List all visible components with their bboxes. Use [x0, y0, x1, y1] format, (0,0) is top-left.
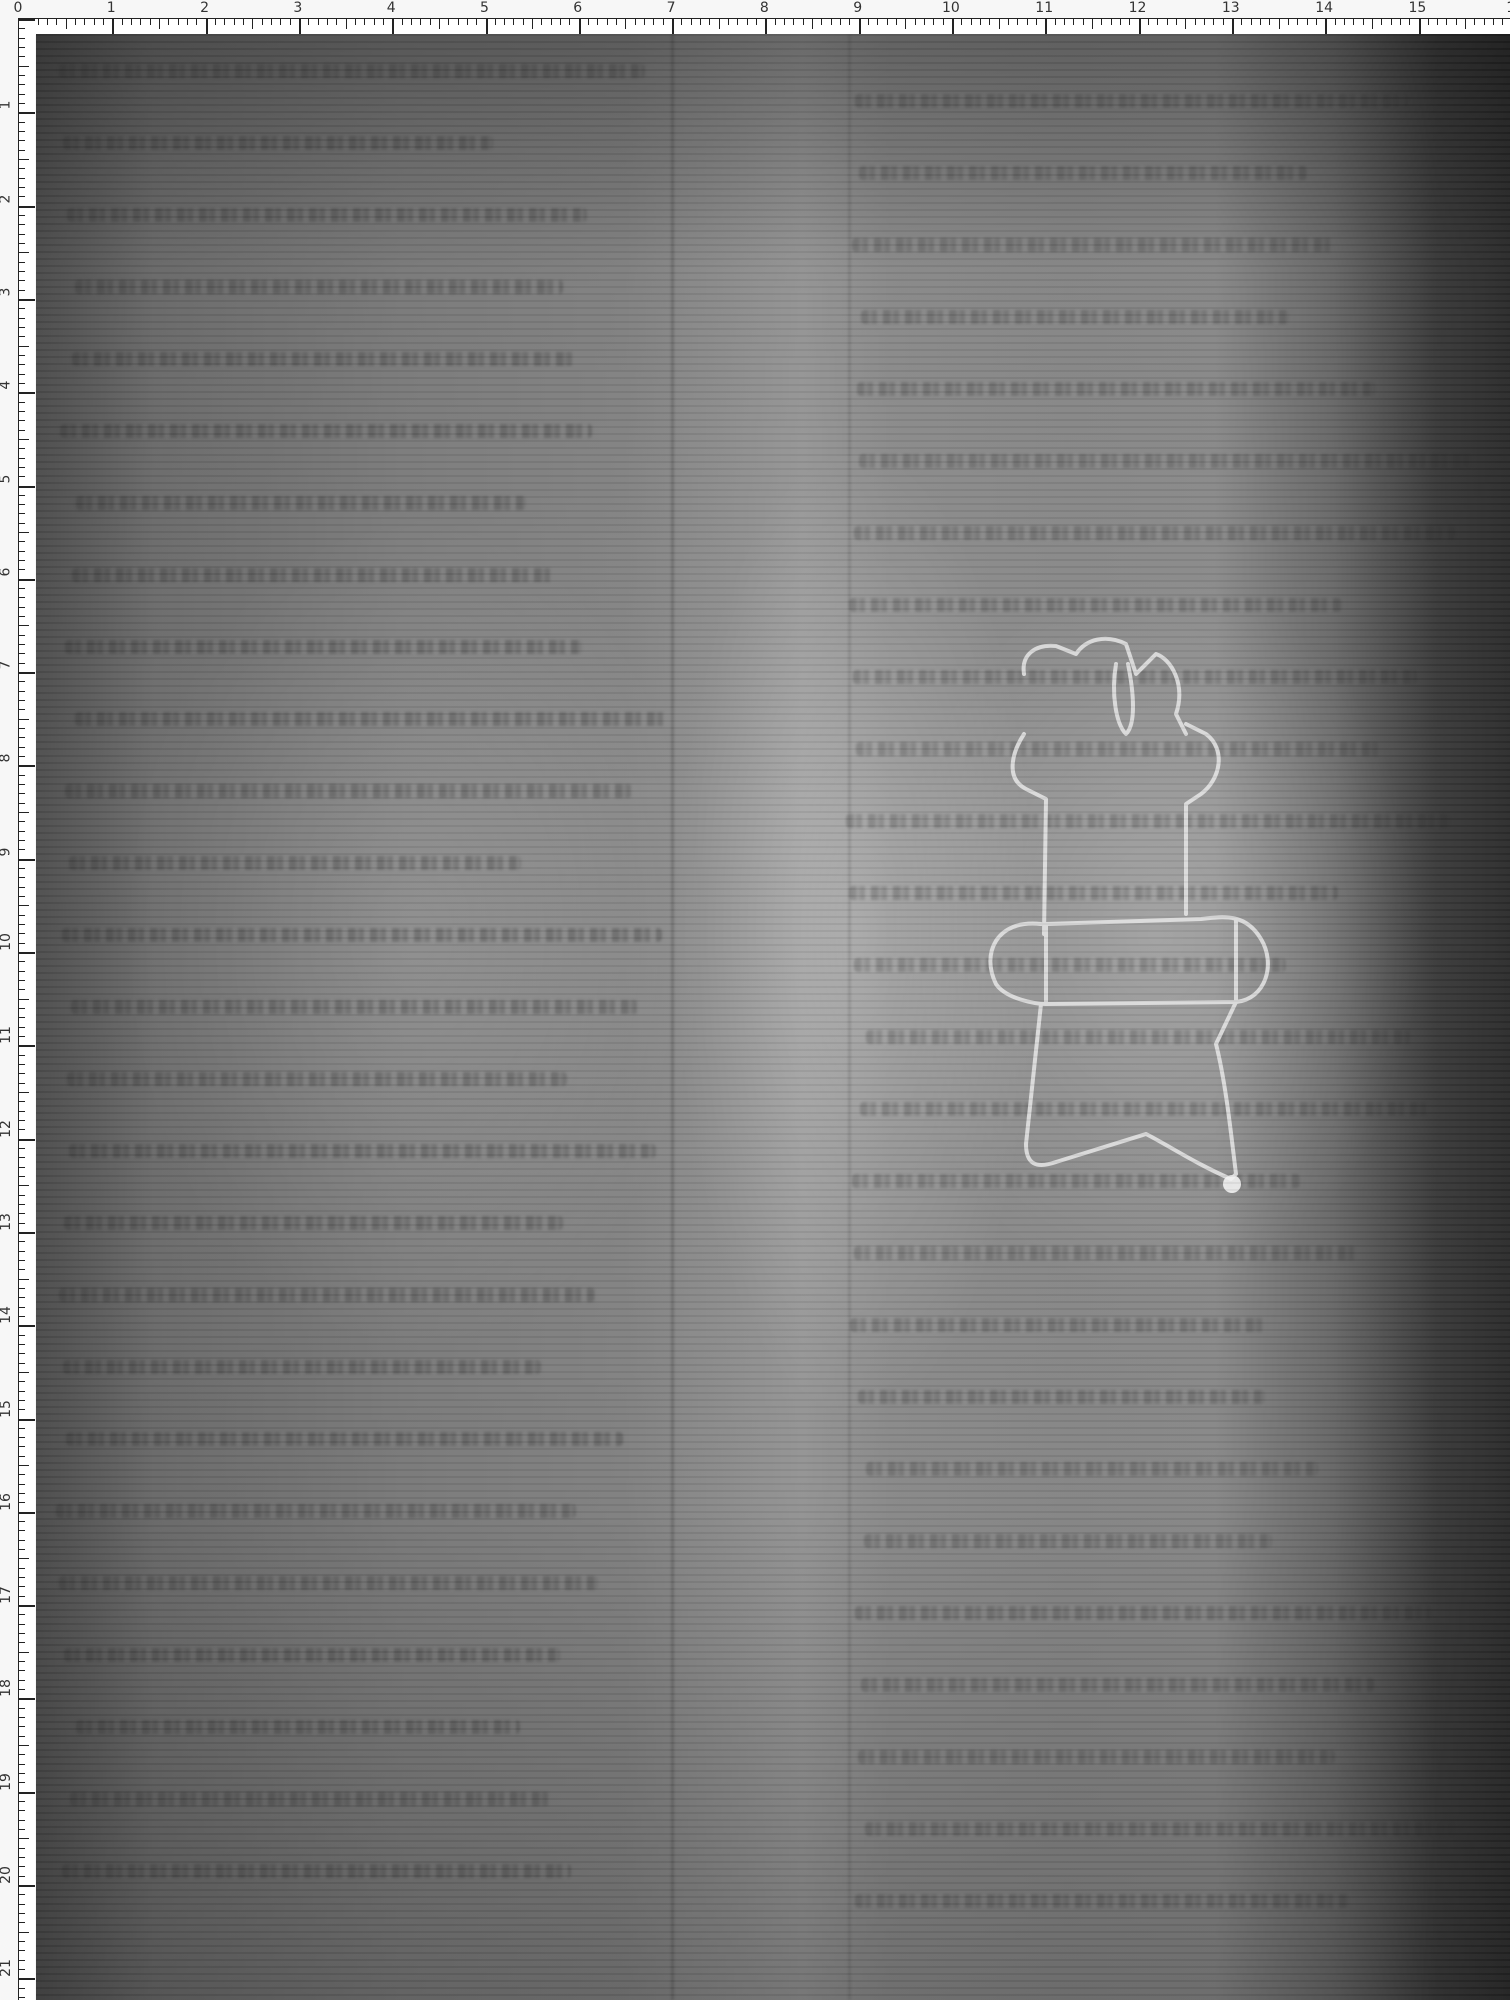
manuscript-text-line: [859, 454, 1475, 468]
ruler-tick: [19, 308, 25, 309]
ruler-tick: [19, 504, 25, 505]
manuscript-text-line: [852, 1174, 1300, 1188]
ruler-tick: [19, 280, 25, 281]
manuscript-text-line: [75, 280, 562, 294]
ruler-tick: [877, 19, 878, 25]
ruler-tick: [19, 933, 25, 934]
ruler-tick: [560, 19, 561, 25]
ruler-tick: [1419, 19, 1421, 35]
ruler-tick: [597, 19, 598, 25]
ruler-tick: [19, 430, 25, 431]
ruler-tick: [19, 1997, 25, 1998]
ruler-tick: [19, 1521, 25, 1522]
ruler-tick: [19, 1456, 25, 1457]
manuscript-text-line: [856, 742, 1379, 756]
manuscript-text-line: [64, 1648, 559, 1662]
manuscript-text-line: [63, 1360, 541, 1374]
ruler-tick: [19, 364, 25, 365]
ruler-tick: [327, 19, 328, 25]
ruler-tick: [290, 19, 291, 25]
manuscript-text-line: [56, 1504, 576, 1518]
ruler-tick: [1232, 19, 1234, 35]
ruler-tick: [19, 681, 25, 682]
ruler-tick: [737, 19, 738, 25]
ruler-tick: [19, 112, 35, 114]
ruler-tick: [19, 131, 25, 132]
ruler-tick: [19, 588, 25, 589]
ruler-tick: [224, 19, 225, 25]
ruler-left-label: 1: [0, 101, 12, 110]
ruler-tick: [19, 47, 25, 48]
ruler-tick: [1353, 19, 1354, 25]
ruler-tick: [131, 19, 132, 25]
manuscript-text-line: [62, 1864, 571, 1878]
ruler-tick: [532, 19, 533, 29]
manuscript-text-line: [852, 238, 1332, 252]
ruler-tick: [19, 1652, 29, 1653]
ruler-tick: [952, 19, 954, 35]
ruler-tick: [1428, 19, 1429, 25]
ruler-tick: [1446, 19, 1447, 25]
ruler-tick: [19, 728, 25, 729]
manuscript-text-line: [855, 1606, 1430, 1620]
ruler-left: [18, 18, 35, 2000]
manuscript-text-line: [850, 1318, 1264, 1332]
ruler-tick: [19, 262, 25, 263]
ruler-tick: [19, 1288, 25, 1289]
ruler-tick: [486, 19, 488, 35]
manuscript-text-line: [859, 166, 1308, 180]
ruler-tick: [19, 420, 25, 421]
ruler-tick: [19, 1624, 25, 1625]
ruler-tick: [19, 1083, 25, 1084]
ruler-tick: [19, 103, 25, 104]
left-page-column-rule: [671, 34, 674, 2000]
ruler-tick: [1213, 19, 1214, 25]
ruler-tick: [1297, 19, 1298, 25]
ruler-tick: [19, 1605, 35, 1607]
ruler-tick: [271, 19, 272, 25]
ruler-tick: [19, 1391, 25, 1392]
ruler-tick: [1120, 19, 1121, 25]
ruler-tick: [19, 719, 29, 720]
ruler-tick: [803, 19, 804, 25]
ruler-tick: [19, 1717, 25, 1718]
ruler-tick: [19, 224, 25, 225]
ruler-tick: [896, 19, 897, 25]
ruler-tick: [19, 1614, 25, 1615]
ruler-tick: [19, 1745, 29, 1746]
ruler-tick: [19, 1633, 25, 1634]
manuscript-text-line: [849, 886, 1338, 900]
ruler-tick: [19, 122, 25, 123]
ruler-tick: [19, 383, 25, 384]
ruler-tick: [448, 19, 449, 25]
ruler-tick: [19, 392, 35, 394]
ruler-tick: [19, 1913, 25, 1914]
ruler-tick: [374, 19, 375, 25]
ruler-tick: [19, 1689, 25, 1690]
ruler-tick: [523, 19, 524, 25]
manuscript-text-line: [854, 526, 1455, 540]
ruler-tick: [849, 19, 850, 25]
ruler-tick: [19, 784, 25, 785]
manuscript-text-line: [65, 784, 633, 798]
ruler-tick: [19, 1792, 35, 1794]
ruler-tick: [569, 19, 570, 25]
ruler-tick: [19, 1363, 25, 1364]
manuscript-text-line: [62, 928, 661, 942]
manuscript-text-line: [857, 382, 1375, 396]
ruler-tick: [19, 1185, 29, 1186]
ruler-tick: [1465, 19, 1466, 29]
ruler-tick: [1055, 19, 1056, 25]
ruler-tick: [19, 1941, 25, 1942]
ruler-tick: [19, 989, 25, 990]
ruler-tick: [943, 19, 944, 25]
manuscript-text-line: [70, 1792, 549, 1806]
ruler-tick: [961, 19, 962, 25]
ruler-tick: [19, 467, 25, 468]
ruler-tick: [1474, 19, 1475, 25]
ruler-tick: [19, 999, 29, 1000]
ruler-tick: [19, 980, 25, 981]
ruler-tick: [19, 234, 25, 235]
ruler-tick: [19, 1932, 29, 1933]
ruler-tick: [19, 1148, 25, 1149]
ruler-tick: [19, 532, 29, 533]
ruler-tick: [430, 19, 431, 25]
ruler-tick: [346, 19, 347, 29]
ruler-tick: [1381, 19, 1382, 25]
ruler-tick: [859, 19, 861, 35]
ruler-tick: [168, 19, 169, 25]
ruler-top-label: 13: [1222, 1, 1240, 15]
ruler-tick: [19, 1353, 25, 1354]
ruler-tick: [19, 1876, 25, 1877]
ruler-tick: [635, 19, 636, 25]
ruler-tick: [1279, 19, 1280, 29]
ruler-tick: [19, 19, 35, 21]
ruler-tick: [19, 84, 25, 85]
ruler-tick: [19, 1111, 25, 1112]
ruler-tick: [19, 943, 25, 944]
ruler-tick: [756, 19, 757, 25]
ruler-tick: [234, 19, 235, 25]
ruler-tick: [19, 709, 25, 710]
ruler-tick: [887, 19, 888, 25]
ruler-tick: [19, 663, 25, 664]
ruler-tick: [19, 887, 25, 888]
ruler-tick: [19, 952, 35, 954]
manuscript-text-line: [866, 1030, 1413, 1044]
ruler-tick: [19, 896, 25, 897]
ruler-tick: [607, 19, 608, 25]
manuscript-text-line: [67, 208, 587, 222]
ruler-tick: [19, 551, 25, 552]
ruler-tick: [19, 812, 29, 813]
ruler-tick: [691, 19, 692, 25]
ruler-tick: [299, 19, 301, 35]
ruler-tick: [19, 66, 29, 67]
ruler-tick: [19, 1885, 35, 1887]
ruler-tick: [19, 607, 25, 608]
ruler-tick: [1409, 19, 1410, 25]
ruler-tick: [868, 19, 869, 25]
ruler-left-label: 21: [0, 1959, 13, 1977]
manuscript-scan-image: [36, 34, 1510, 2000]
ruler-tick: [19, 1512, 35, 1514]
ruler-tick: [19, 318, 25, 319]
ruler-tick: [215, 19, 216, 25]
ruler-tick: [122, 19, 123, 25]
ruler-tick: [19, 1857, 25, 1858]
ruler-tick: [19, 1465, 29, 1466]
ruler-tick: [19, 458, 25, 459]
ruler-tick: [196, 19, 197, 25]
ruler-tick: [19, 1642, 25, 1643]
ruler-tick: [19, 206, 35, 208]
ruler-tick: [19, 560, 25, 561]
ruler-tick: [1111, 19, 1112, 25]
ruler-tick: [19, 94, 25, 95]
ruler-tick: [19, 1736, 25, 1737]
ruler-tick: [19, 1484, 25, 1485]
manuscript-text-line: [63, 136, 493, 150]
ruler-tick: [19, 327, 25, 328]
ruler-tick: [19, 1978, 35, 1980]
ruler-tick: [1260, 19, 1261, 25]
ruler-top-label: 1: [107, 1, 116, 15]
ruler-tick: [19, 849, 25, 850]
ruler-top-label: 5: [480, 1, 489, 15]
ruler-tick: [19, 1801, 25, 1802]
ruler-tick: [19, 653, 25, 654]
ruler-tick: [19, 961, 25, 962]
ruler-tick: [19, 1848, 25, 1849]
ruler-top-label: 12: [1129, 1, 1147, 15]
manuscript-text-line: [865, 1822, 1454, 1836]
ruler-tick: [308, 19, 309, 25]
ruler-tick: [19, 290, 25, 291]
ruler-tick: [19, 1223, 25, 1224]
manuscript-text-line: [854, 1246, 1357, 1260]
ruler-tick: [19, 159, 29, 160]
ruler-tick: [178, 19, 179, 25]
manuscript-text-line: [849, 598, 1342, 612]
ruler-tick: [551, 19, 552, 25]
ruler-tick: [905, 19, 906, 29]
ruler-top-label: 6: [573, 1, 582, 15]
ruler-tick: [206, 19, 208, 35]
ruler-tick: [103, 19, 104, 25]
ruler-tick: [1195, 19, 1196, 25]
ruler-tick: [19, 1092, 29, 1093]
ruler-tick: [19, 756, 25, 757]
ruler-tick: [19, 1381, 25, 1382]
ruler-tick: [75, 19, 76, 25]
ruler-tick: [19, 1782, 25, 1783]
manuscript-text-line: [846, 814, 1450, 828]
ruler-left-label: 9: [0, 847, 12, 856]
ruler-tick: [1502, 19, 1503, 25]
ruler-tick: [19, 541, 25, 542]
ruler-tick: [495, 19, 496, 25]
manuscript-text-line: [72, 352, 574, 366]
ruler-tick: [19, 971, 25, 972]
ruler-top-label: 14: [1315, 1, 1333, 15]
ruler-left-label: 4: [0, 381, 12, 390]
ruler-tick: [336, 19, 337, 25]
ruler-tick: [513, 19, 514, 25]
ruler-top-label: 10: [942, 1, 960, 15]
ruler-tick: [19, 1157, 25, 1158]
ruler-tick: [19, 1568, 25, 1569]
ruler-tick: [19, 215, 25, 216]
ruler-tick: [19, 1754, 25, 1755]
manuscript-text-line: [858, 1390, 1265, 1404]
ruler-tick: [728, 19, 729, 25]
ruler-tick: [19, 495, 25, 496]
ruler-tick: [989, 19, 990, 25]
ruler-left-label: 15: [0, 1400, 13, 1418]
ruler-tick: [1064, 19, 1065, 25]
ruler-tick: [1101, 19, 1102, 25]
ruler-tick: [19, 140, 25, 141]
ruler-tick: [1083, 19, 1084, 25]
ruler-tick: [19, 513, 25, 514]
ruler-tick: [19, 1241, 25, 1242]
ruler-tick: [19, 1073, 25, 1074]
ruler-tick: [19, 1670, 25, 1671]
ruler-tick: [19, 1960, 25, 1961]
ruler-tick: [19, 1577, 25, 1578]
ruler-tick: [19, 1335, 25, 1336]
ruler-tick: [999, 19, 1000, 29]
ruler-tick: [19, 1829, 25, 1830]
ruler-tick: [504, 19, 505, 25]
ruler-tick: [402, 19, 403, 25]
ruler-tick: [1241, 19, 1242, 25]
ruler-tick: [1223, 19, 1224, 25]
ruler-tick: [19, 168, 25, 169]
ruler-tick: [38, 19, 39, 25]
ruler-tick: [411, 19, 412, 25]
ruler-tick: [541, 19, 542, 25]
ruler-tick: [150, 19, 151, 25]
ruler-left-label: 20: [0, 1866, 13, 1884]
ruler-tick: [1325, 19, 1327, 35]
ruler-tick: [1288, 19, 1289, 25]
ruler-tick: [19, 402, 25, 403]
ruler-left-label: 14: [0, 1306, 13, 1324]
ruler-left-label: 8: [0, 754, 12, 763]
ruler-left-label: 10: [0, 933, 13, 951]
ruler-tick: [19, 579, 35, 581]
ruler-tick: [1251, 19, 1252, 25]
manuscript-text-line: [72, 568, 551, 582]
ruler-tick: [1129, 19, 1130, 25]
ruler-tick: [19, 448, 25, 449]
ruler-tick: [19, 1232, 35, 1234]
ruler-tick: [812, 19, 813, 29]
ruler-tick: [19, 1894, 25, 1895]
ruler-tick: [19, 1409, 25, 1410]
manuscript-text-line: [858, 1750, 1335, 1764]
ruler-tick: [1372, 19, 1373, 29]
ruler-tick: [19, 1428, 25, 1429]
ruler-top-label: 3: [293, 1, 302, 15]
ruler-tick: [19, 1680, 25, 1681]
ruler-tick: [616, 19, 617, 25]
ruler-tick: [19, 840, 25, 841]
manuscript-text-line: [64, 1216, 562, 1230]
ruler-tick: [1092, 19, 1093, 29]
ruler-tick: [19, 1446, 25, 1447]
ruler-tick: [19, 1036, 25, 1037]
ruler-tick: [383, 19, 384, 25]
ruler-left-label: 18: [0, 1679, 13, 1697]
ruler-tick: [19, 1904, 25, 1905]
ruler-tick: [252, 19, 253, 29]
ruler-tick: [318, 19, 319, 25]
ruler-tick: [1344, 19, 1345, 25]
ruler-tick: [1073, 19, 1074, 25]
manuscript-text-line: [71, 1000, 638, 1014]
ruler-tick: [1400, 19, 1401, 25]
ruler-tick: [19, 75, 25, 76]
ruler-tick: [19, 821, 25, 822]
manuscript-text-line: [66, 1432, 623, 1446]
ruler-tick: [915, 19, 916, 25]
manuscript-text-line: [861, 1678, 1374, 1692]
ruler-left-label: 6: [0, 567, 12, 576]
ruler-tick: [476, 19, 477, 25]
ruler-tick: [1045, 19, 1047, 35]
ruler-tick: [719, 19, 720, 29]
ruler-tick: [1363, 19, 1364, 25]
ruler-tick: [1167, 19, 1168, 25]
ruler-tick: [19, 1773, 25, 1774]
ruler-tick: [19, 1101, 25, 1102]
ruler-tick: [1391, 19, 1392, 25]
ruler-tick: [653, 19, 654, 25]
ruler-tick: [1148, 19, 1149, 25]
ruler-tick: [19, 1325, 35, 1327]
ruler-left-label: 17: [0, 1586, 13, 1604]
manuscript-text-line: [861, 310, 1289, 324]
ruler-tick: [19, 1540, 25, 1541]
ruler-tick: [19, 1400, 25, 1401]
ruler-tick: [19, 793, 25, 794]
ruler-tick: [19, 336, 25, 337]
watermark-outline-icon: [36, 34, 1510, 2000]
ruler-tick: [19, 672, 35, 674]
ruler-left-label: 3: [0, 287, 12, 296]
ruler-tick: [19, 737, 25, 738]
ruler-tick: [19, 1204, 25, 1205]
ruler-tick: [19, 523, 25, 524]
ruler-top-label: 7: [667, 1, 676, 15]
ruler-tick: [19, 56, 25, 57]
manuscript-text-line: [59, 64, 645, 78]
ruler-tick: [19, 1698, 35, 1700]
ruler-tick: [84, 19, 85, 25]
ruler-tick: [933, 19, 934, 25]
ruler-tick: [19, 1307, 25, 1308]
ruler-tick: [19, 1969, 25, 1970]
manuscript-text-line: [860, 1102, 1431, 1116]
